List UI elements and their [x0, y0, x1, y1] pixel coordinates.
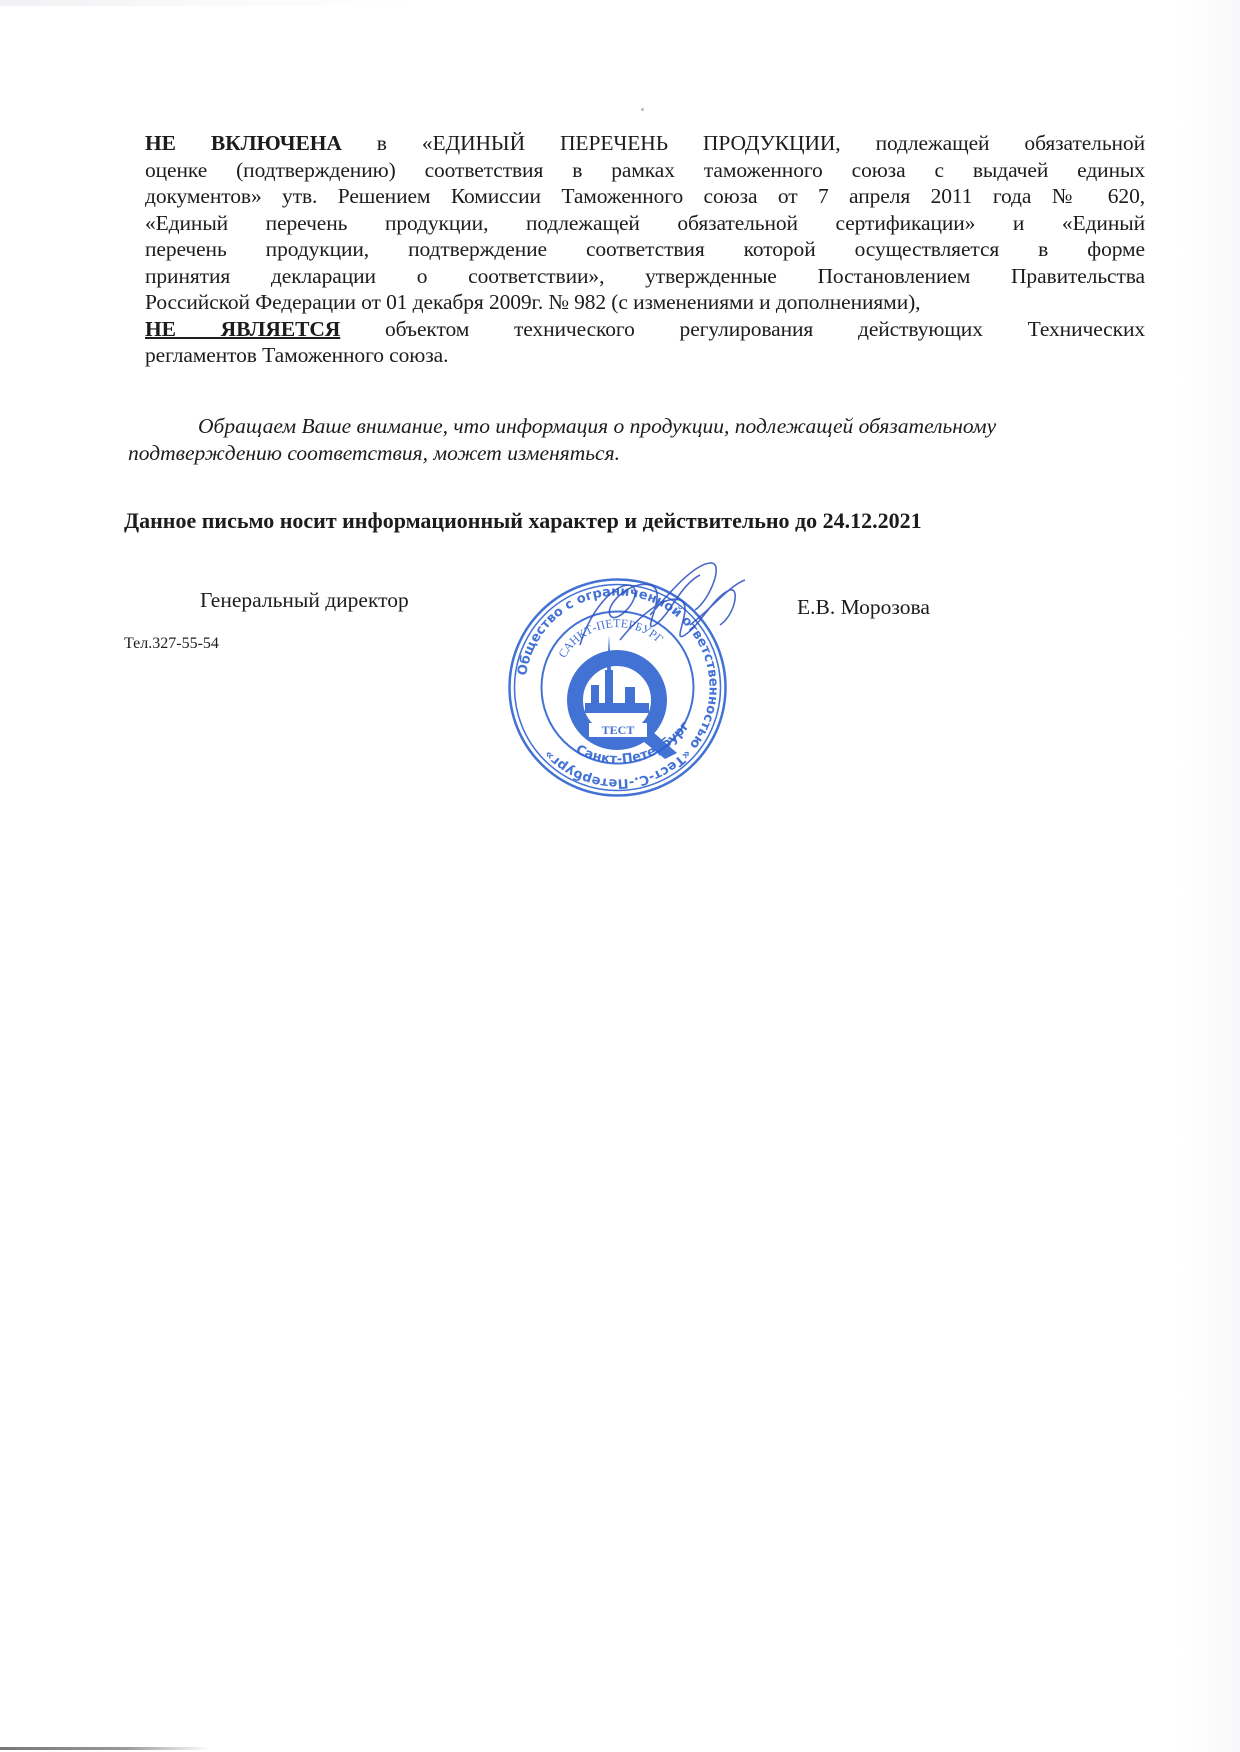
- paragraph-line: НЕ ЯВЛЯЕТСЯ объектом технического регули…: [145, 316, 1145, 343]
- main-paragraph: НЕ ВКЛЮЧЕНА в «ЕДИНЫЙ ПЕРЕЧЕНЬ ПРОДУКЦИИ…: [145, 130, 1145, 369]
- attention-note: Обращаем Ваше внимание, что информация о…: [128, 413, 1148, 467]
- note-line: Обращаем Ваше внимание, что информация о…: [128, 413, 1148, 440]
- svg-text:ТЕСТ: ТЕСТ: [602, 723, 635, 737]
- letter-page: НЕ ВКЛЮЧЕНА в «ЕДИНЫЙ ПЕРЕЧЕНЬ ПРОДУКЦИИ…: [0, 0, 1240, 1752]
- paragraph-line: перечень продукции, подтверждение соотве…: [145, 236, 1145, 263]
- paragraph-line: оценке (подтверждению) соответствия в ра…: [145, 157, 1145, 184]
- paragraph-line: принятия декларации о соответствии», утв…: [145, 263, 1145, 290]
- paragraph-line: регламентов Таможенного союза.: [145, 342, 1145, 369]
- scan-artifact-bottom: [0, 1747, 210, 1750]
- validity-statement: Данное письмо носит информационный харак…: [124, 508, 922, 534]
- scan-speck: [641, 108, 644, 111]
- scan-shadow-right: [1180, 0, 1240, 1752]
- paragraph-line: документов» утв. Решением Комиссии Тамож…: [145, 183, 1145, 210]
- paragraph-line: «Единый перечень продукции, подлежащей о…: [145, 210, 1145, 237]
- phone-number: Тел.327-55-54: [124, 635, 219, 653]
- signatory-title: Генеральный директор: [200, 588, 409, 613]
- handwritten-signature-icon: [560, 555, 750, 665]
- note-line: подтверждению соответствия, может изменя…: [128, 440, 1148, 467]
- paragraph-line: Российской Федерации от 01 декабря 2009г…: [145, 289, 1145, 316]
- signatory-name: Е.В. Морозова: [797, 595, 930, 620]
- scan-artifact-top: [0, 0, 420, 6]
- not-subject-heading: НЕ ЯВЛЯЕТСЯ: [145, 317, 340, 341]
- not-included-heading: НЕ ВКЛЮЧЕНА: [145, 131, 342, 155]
- paragraph-line: НЕ ВКЛЮЧЕНА в «ЕДИНЫЙ ПЕРЕЧЕНЬ ПРОДУКЦИИ…: [145, 130, 1145, 157]
